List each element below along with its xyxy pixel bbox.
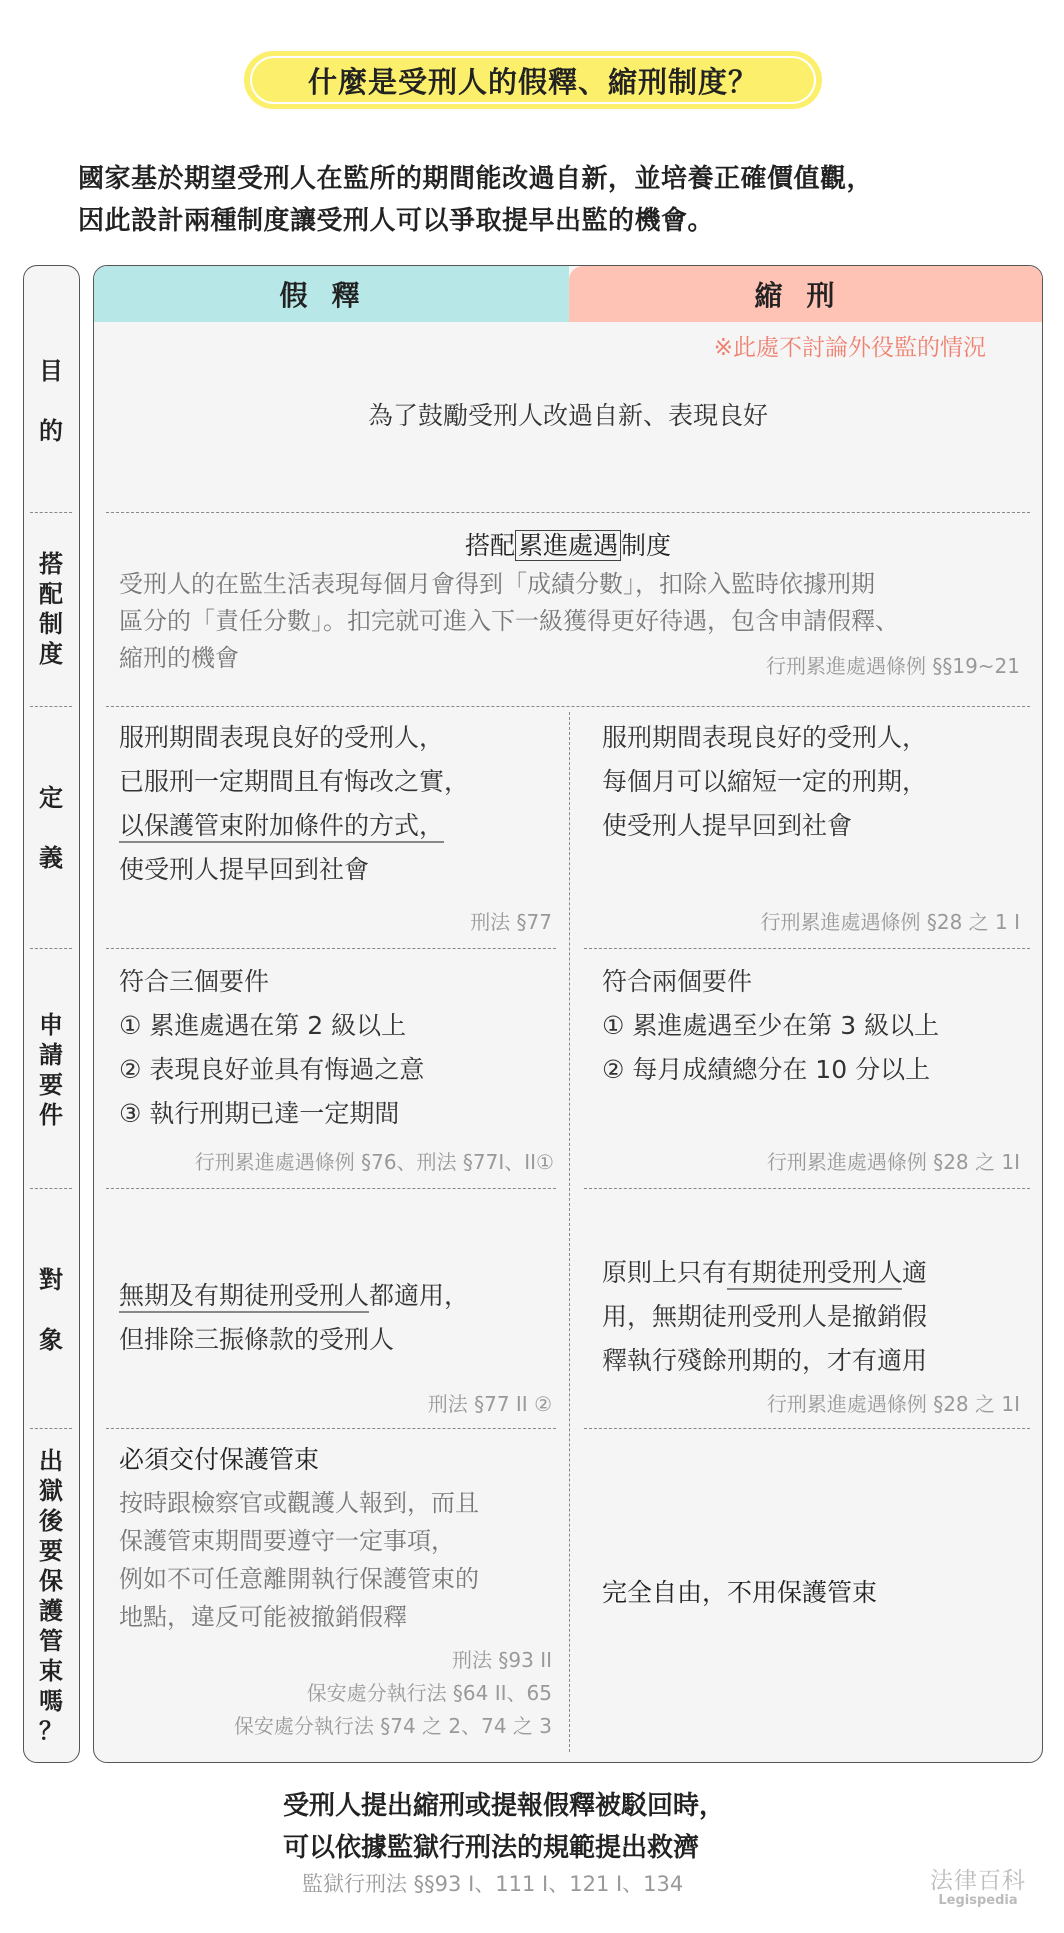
definition-line: 服刑期間表現良好的受刑人，: [119, 716, 469, 760]
requirements-parole-reference: 行刑累進處遇條例 §76、刑法 §77I、II①: [195, 1146, 554, 1175]
target-line: 但排除三振條款的受刑人: [119, 1318, 469, 1362]
label-char: 申: [39, 1010, 63, 1040]
definition-line: 已服刑一定期間且有悔改之實，: [119, 760, 469, 804]
target-text: 都適用，: [369, 1281, 469, 1310]
brand-logo: 法律百科 Legispedia: [930, 1862, 1026, 1908]
column-header-reduction: 縮刑: [569, 266, 1043, 322]
definition-line: 服刑期間表現良好的受刑人，: [602, 716, 927, 760]
requirement-line: ② 表現良好並具有悔過之意: [119, 1048, 424, 1092]
comparison-table: 假釋 縮刑 ※此處不討論外役監的情況 為了鼓勵受刑人改過自新、表現良好 搭配累進…: [93, 265, 1043, 1763]
target-underlined: 無期及有期徒刑受刑人: [119, 1281, 369, 1313]
row-label-purpose: 目 的: [24, 326, 78, 476]
label-char: 的: [39, 401, 63, 461]
system-heading-boxed: 累進處遇: [515, 530, 621, 561]
target-parole: 無期及有期徒刑受刑人都適用， 但排除三振條款的受刑人: [119, 1274, 469, 1362]
brand-name-zh: 法律百科: [930, 1862, 1026, 1895]
page-title: 什麼是受刑人的假釋、縮刑制度？: [308, 60, 758, 101]
label-char: 束: [39, 1656, 63, 1686]
definition-reduction: 服刑期間表現良好的受刑人， 每個月可以縮短一定的刑期， 使受刑人提早回到社會: [602, 716, 927, 848]
definition-parole-reference: 刑法 §77: [470, 906, 552, 935]
detail-line: 按時跟檢察官或觀護人報到，而且: [119, 1484, 479, 1522]
row-label-column: 目 的 搭 配 制 度 定 義 申 請 要 件 對 象 出 獄 後 要 保 護 …: [23, 265, 80, 1763]
footer-line: 受刑人提出縮刑或提報假釋被駁回時，: [283, 1785, 725, 1827]
requirement-line: ① 累進處遇至少在第 3 級以上: [602, 1004, 939, 1048]
row-divider: [106, 1188, 556, 1189]
after-release-parole-references: 刑法 §93 II 保安處分執行法 §64 II、65 保安處分執行法 §74 …: [234, 1644, 552, 1743]
row-divider: [106, 706, 1030, 707]
requirement-line: ③ 執行刑期已達一定期間: [119, 1092, 424, 1136]
row-divider: [584, 1188, 1030, 1189]
row-label-definition: 定 義: [24, 710, 78, 946]
definition-underlined: 以保護管束附加條件的方式，: [119, 811, 444, 843]
row-divider: [30, 512, 72, 513]
footer-summary: 受刑人提出縮刑或提報假釋被駁回時， 可以依據監獄行刑法的規範提出救濟: [283, 1785, 725, 1869]
target-line: 原則上只有有期徒刑受刑人適: [602, 1251, 927, 1295]
label-char: 獄: [39, 1476, 63, 1506]
detail-line: 例如不可任意離開執行保護管束的: [119, 1560, 479, 1598]
label-char: 定: [39, 768, 63, 828]
row-divider: [584, 1428, 1030, 1429]
label-char: 要: [39, 1536, 63, 1566]
brand-name-en: Legispedia: [930, 1893, 1026, 1908]
row-divider: [106, 1428, 556, 1429]
title-banner: 什麼是受刑人的假釋、縮刑制度？: [244, 51, 822, 109]
definition-reduction-reference: 行刑累進處遇條例 §28 之 1 I: [760, 906, 1020, 935]
row-divider: [30, 1188, 72, 1189]
label-char: 後: [39, 1506, 63, 1536]
row-divider: [30, 706, 72, 707]
definition-line: 使受刑人提早回到社會: [119, 848, 469, 892]
detail-line: 保護管束期間要遵守一定事項，: [119, 1522, 479, 1560]
target-text: 原則上只有: [602, 1258, 727, 1287]
reference-line: 保安處分執行法 §74 之 2、74 之 3: [234, 1710, 552, 1743]
definition-line: 以保護管束附加條件的方式，: [119, 804, 469, 848]
column-divider: [569, 712, 570, 1752]
requirements-reduction: 符合兩個要件 ① 累進處遇至少在第 3 級以上 ② 每月成績總分在 10 分以上: [602, 960, 939, 1092]
target-line: 用，無期徒刑受刑人是撤銷假: [602, 1295, 927, 1339]
target-parole-reference: 刑法 §77 II ②: [428, 1388, 552, 1417]
requirement-line: 符合兩個要件: [602, 960, 939, 1004]
row-label-requirements: 申 請 要 件: [24, 952, 78, 1188]
label-char: 嗎: [39, 1686, 63, 1716]
system-line: 區分的「責任分數」。扣完就可進入下一級獲得更好待遇，包含申請假釋、: [119, 603, 899, 640]
label-char: 管: [39, 1626, 63, 1656]
requirement-line: ① 累進處遇在第 2 級以上: [119, 1004, 424, 1048]
definition-line: 使受刑人提早回到社會: [602, 804, 927, 848]
label-char: 保: [39, 1566, 63, 1596]
label-char: 護: [39, 1596, 63, 1626]
label-char: 義: [39, 828, 63, 888]
after-release-reduction-text: 完全自由，不用保護管束: [602, 1571, 877, 1615]
intro-line: 因此設計兩種制度讓受刑人可以爭取提早出監的機會。: [78, 200, 1018, 242]
requirements-parole: 符合三個要件 ① 累進處遇在第 2 級以上 ② 表現良好並具有悔過之意 ③ 執行…: [119, 960, 424, 1136]
note-text: ※此處不討論外役監的情況: [94, 329, 986, 362]
after-release-parole-heading: 必須交付保護管束: [119, 1438, 319, 1482]
row-divider: [106, 512, 1030, 513]
label-char: 制: [39, 609, 63, 639]
column-header-parole: 假釋: [94, 266, 569, 322]
intro-paragraph: 國家基於期望受刑人在監所的期間能改過自新，並培養正確價值觀， 因此設計兩種制度讓…: [78, 158, 1018, 242]
system-heading: 搭配累進處遇制度: [94, 524, 1042, 568]
row-divider: [30, 948, 72, 949]
footer-line: 可以依據監獄行刑法的規範提出救濟: [283, 1827, 725, 1869]
row-divider: [30, 1428, 72, 1429]
label-char: ？: [39, 1716, 63, 1746]
footer-reference: 監獄行刑法 §§93 I、111 I、121 I、134: [302, 1868, 683, 1898]
target-line: 無期及有期徒刑受刑人都適用，: [119, 1274, 469, 1318]
title-banner-inner: 什麼是受刑人的假釋、縮刑制度？: [250, 56, 816, 104]
requirement-line: 符合三個要件: [119, 960, 424, 1004]
label-char: 請: [39, 1040, 63, 1070]
row-label-after-release: 出 獄 後 要 保 護 管 束 嗎 ？: [24, 1436, 78, 1756]
definition-line: 每個月可以縮短一定的刑期，: [602, 760, 927, 804]
label-char: 搭: [39, 549, 63, 579]
system-heading-pre: 搭配: [465, 531, 515, 560]
target-text: 適: [902, 1258, 927, 1287]
label-char: 件: [39, 1100, 63, 1130]
definition-parole: 服刑期間表現良好的受刑人， 已服刑一定期間且有悔改之實， 以保護管束附加條件的方…: [119, 716, 469, 892]
reference-line: 刑法 §93 II: [234, 1644, 552, 1677]
label-char: 要: [39, 1070, 63, 1100]
row-divider: [584, 948, 1030, 949]
label-char: 度: [39, 639, 63, 669]
row-label-system: 搭 配 制 度: [24, 516, 78, 702]
system-line: 受刑人的在監生活表現每個月會得到「成績分數」，扣除入監時依據刑期: [119, 566, 899, 603]
target-underlined: 有期徒刑受刑人: [727, 1258, 902, 1290]
label-char: 對: [39, 1250, 63, 1310]
label-char: 象: [39, 1310, 63, 1370]
requirement-line: ② 每月成績總分在 10 分以上: [602, 1048, 939, 1092]
system-heading-post: 制度: [621, 531, 671, 560]
target-reduction-reference: 行刑累進處遇條例 §28 之 1I: [767, 1388, 1020, 1417]
requirements-reduction-reference: 行刑累進處遇條例 §28 之 1I: [767, 1146, 1020, 1175]
target-reduction: 原則上只有有期徒刑受刑人適 用，無期徒刑受刑人是撤銷假 釋執行殘餘刑期的，才有適…: [602, 1251, 927, 1383]
system-reference: 行刑累進處遇條例 §§19~21: [766, 650, 1020, 679]
intro-line: 國家基於期望受刑人在監所的期間能改過自新，並培養正確價值觀，: [78, 158, 1018, 200]
row-label-target: 對 象: [24, 1192, 78, 1428]
target-line: 釋執行殘餘刑期的，才有適用: [602, 1339, 927, 1383]
label-char: 出: [39, 1446, 63, 1476]
detail-line: 地點，違反可能被撤銷假釋: [119, 1598, 479, 1636]
reference-line: 保安處分執行法 §64 II、65: [234, 1677, 552, 1710]
purpose-shared-text: 為了鼓勵受刑人改過自新、表現良好: [94, 394, 1042, 438]
row-divider: [106, 948, 556, 949]
label-char: 配: [39, 579, 63, 609]
label-char: 目: [39, 341, 63, 401]
after-release-parole-details: 按時跟檢察官或觀護人報到，而且 保護管束期間要遵守一定事項， 例如不可任意離開執…: [119, 1484, 479, 1636]
